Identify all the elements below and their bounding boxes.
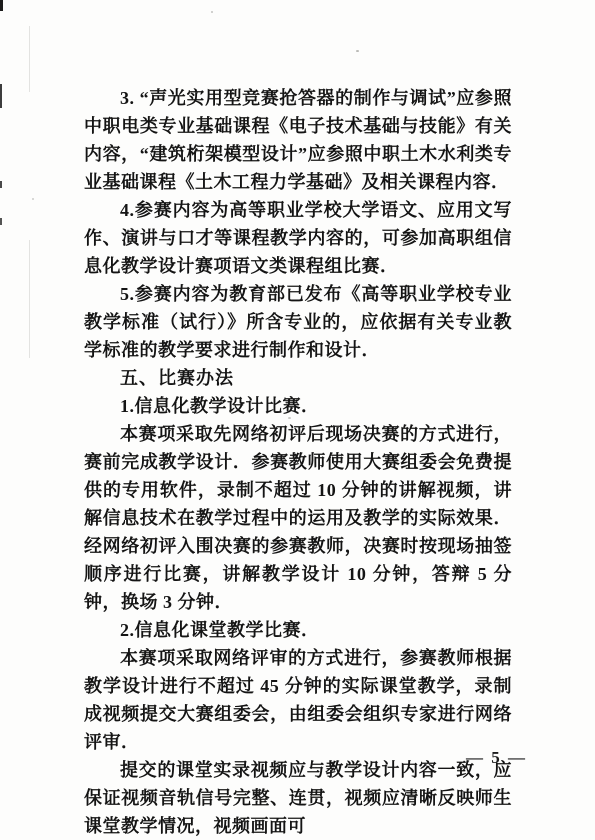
paragraph-item-5: 5.参赛内容为教育部已发布《高等职业学校专业教学标准（试行）》所含专业的，应依据… <box>84 280 512 364</box>
document-body: 3. “声光实用型竞赛抢答器的制作与调试”应参照中职电类专业基础课程《电子技术基… <box>84 84 512 840</box>
paragraph-classroom-teaching-contest-rules: 本赛项采取网络评审的方式进行，参赛教师根据教学设计进行不超过 45 分钟的实际课… <box>84 644 512 756</box>
subheading-informatized-classroom-teaching-contest: 2.信息化课堂教学比赛． <box>84 616 512 644</box>
scan-edge-mark <box>0 218 2 225</box>
scan-crease-line <box>29 26 30 92</box>
page-number: — 5 — <box>466 748 527 768</box>
paragraph-item-3: 3. “声光实用型竞赛抢答器的制作与调试”应参照中职电类专业基础课程《电子技术基… <box>84 84 512 196</box>
paragraph-video-submission-requirements: 提交的课堂实录视频应与教学设计内容一致，应保证视频音轨信号完整、连贯，视频应清晰… <box>84 756 512 840</box>
scan-edge-mark <box>0 181 2 188</box>
scan-edge-mark <box>0 84 2 108</box>
scanned-document-page: 3. “声光实用型竞赛抢答器的制作与调试”应参照中职电类专业基础课程《电子技术基… <box>0 0 595 840</box>
scan-crease-line <box>29 240 30 358</box>
scan-noise-speck <box>211 11 213 13</box>
scan-noise-speck <box>32 198 34 200</box>
paragraph-teaching-design-contest-rules: 本赛项采取先网络初评后现场决赛的方式进行，赛前完成教学设计．参赛教师使用大赛组委… <box>84 420 512 616</box>
scan-noise-speck <box>356 50 359 52</box>
subheading-informatized-teaching-design-contest: 1.信息化教学设计比赛． <box>84 392 512 420</box>
scan-edge-mark <box>0 0 3 11</box>
paragraph-item-4: 4.参赛内容为高等职业学校大学语文、应用文写作、演讲与口才等课程教学内容的，可参… <box>84 196 512 280</box>
section-heading-competition-method: 五、比赛办法 <box>84 364 512 392</box>
